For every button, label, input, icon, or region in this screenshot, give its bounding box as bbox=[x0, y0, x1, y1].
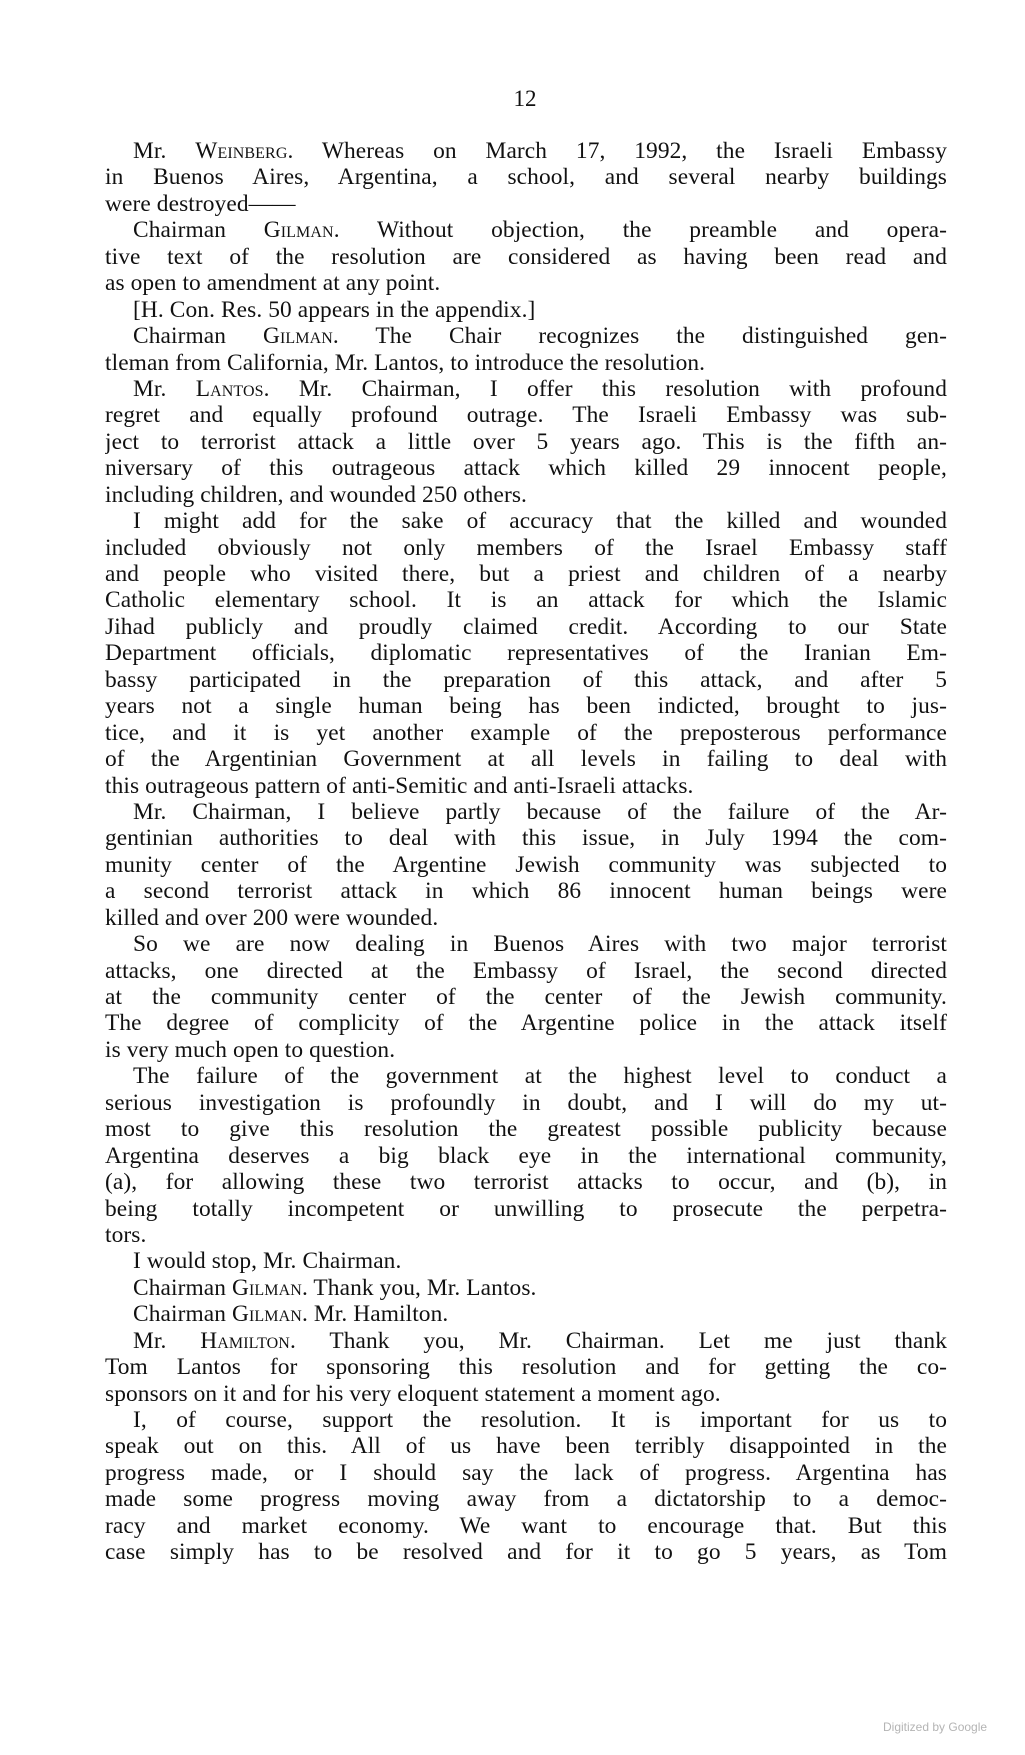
text-line: Chairman Gilman. Thank you, Mr. Lantos. bbox=[105, 1275, 947, 1301]
text-line: Department officials, diplomatic represe… bbox=[105, 640, 947, 666]
speaker-name: Gilman bbox=[232, 1275, 302, 1301]
text-line: of the Argentinian Government at all lev… bbox=[105, 746, 947, 772]
text-line: sponsors on it and for his very eloquent… bbox=[105, 1381, 947, 1407]
text-line: progress made, or I should say the lack … bbox=[105, 1460, 947, 1486]
text-line: were destroyed—— bbox=[105, 191, 947, 217]
text-line: Catholic elementary school. It is an att… bbox=[105, 587, 947, 613]
text-line: I would stop, Mr. Chairman. bbox=[105, 1248, 947, 1274]
text-line: attacks, one directed at the Embassy of … bbox=[105, 958, 947, 984]
text-line: I, of course, support the resolution. It… bbox=[105, 1407, 947, 1433]
text-line: ject to terrorist attack a little over 5… bbox=[105, 429, 947, 455]
text-line: Mr. Chairman, I believe partly because o… bbox=[105, 799, 947, 825]
text-line: this outrageous pattern of anti-Semitic … bbox=[105, 773, 947, 799]
text-line: munity center of the Argentine Jewish co… bbox=[105, 852, 947, 878]
text-line: niversary of this outrageous attack whic… bbox=[105, 455, 947, 481]
text-line: Tom Lantos for sponsoring this resolutio… bbox=[105, 1354, 947, 1380]
text-line: Mr. Weinberg. Whereas on March 17, 1992,… bbox=[105, 138, 947, 164]
transcript-body: Mr. Weinberg. Whereas on March 17, 1992,… bbox=[105, 138, 947, 1566]
text-line: racy and market economy. We want to enco… bbox=[105, 1513, 947, 1539]
text-line: most to give this resolution the greates… bbox=[105, 1116, 947, 1142]
text-line: I might add for the sake of accuracy tha… bbox=[105, 508, 947, 534]
text-line: a second terrorist attack in which 86 in… bbox=[105, 878, 947, 904]
text-line: tice, and it is yet another example of t… bbox=[105, 720, 947, 746]
text-line: Mr. Hamilton. Thank you, Mr. Chairman. L… bbox=[105, 1328, 947, 1354]
text-line: at the community center of the center of… bbox=[105, 984, 947, 1010]
speaker-name: Hamilton bbox=[200, 1328, 290, 1354]
text-line: Argentina deserves a big black eye in th… bbox=[105, 1143, 947, 1169]
text-line: including children, and wounded 250 othe… bbox=[105, 482, 947, 508]
text-line: is very much open to question. bbox=[105, 1037, 947, 1063]
text-line: The degree of complicity of the Argentin… bbox=[105, 1010, 947, 1036]
speaker-name: Gilman bbox=[264, 217, 334, 243]
text-line: regret and equally profound outrage. The… bbox=[105, 402, 947, 428]
text-line: included obviously not only members of t… bbox=[105, 535, 947, 561]
text-line: tors. bbox=[105, 1222, 947, 1248]
text-line: made some progress moving away from a di… bbox=[105, 1486, 947, 1512]
page-number: 12 bbox=[0, 86, 1025, 112]
text-line: tive text of the resolution are consider… bbox=[105, 244, 947, 270]
speaker-name: Gilman bbox=[263, 323, 333, 349]
digitized-by-watermark: Digitized by Google bbox=[883, 1720, 987, 1734]
text-line: in Buenos Aires, Argentina, a school, an… bbox=[105, 164, 947, 190]
text-line: as open to amendment at any point. bbox=[105, 270, 947, 296]
text-line: case simply has to be resolved and for i… bbox=[105, 1539, 947, 1565]
text-line: serious investigation is profoundly in d… bbox=[105, 1090, 947, 1116]
text-line: gentinian authorities to deal with this … bbox=[105, 825, 947, 851]
speaker-name: Weinberg bbox=[195, 138, 287, 164]
text-line: [H. Con. Res. 50 appears in the appendix… bbox=[105, 297, 947, 323]
text-line: Jihad publicly and proudly claimed credi… bbox=[105, 614, 947, 640]
text-line: So we are now dealing in Buenos Aires wi… bbox=[105, 931, 947, 957]
text-line: Chairman Gilman. Mr. Hamilton. bbox=[105, 1301, 947, 1327]
text-line: and people who visited there, but a prie… bbox=[105, 561, 947, 587]
text-line: tleman from California, Mr. Lantos, to i… bbox=[105, 350, 947, 376]
text-line: speak out on this. All of us have been t… bbox=[105, 1433, 947, 1459]
text-line: bassy participated in the preparation of… bbox=[105, 667, 947, 693]
text-line: years not a single human being has been … bbox=[105, 693, 947, 719]
text-line: The failure of the government at the hig… bbox=[105, 1063, 947, 1089]
text-line: being totally incompetent or unwilling t… bbox=[105, 1196, 947, 1222]
text-line: killed and over 200 were wounded. bbox=[105, 905, 947, 931]
text-line: Chairman Gilman. Without objection, the … bbox=[105, 217, 947, 243]
text-line: (a), for allowing these two terrorist at… bbox=[105, 1169, 947, 1195]
speaker-name: Gilman bbox=[232, 1301, 302, 1327]
text-line: Mr. Lantos. Mr. Chairman, I offer this r… bbox=[105, 376, 947, 402]
text-line: Chairman Gilman. The Chair recognizes th… bbox=[105, 323, 947, 349]
speaker-name: Lantos bbox=[196, 376, 264, 402]
